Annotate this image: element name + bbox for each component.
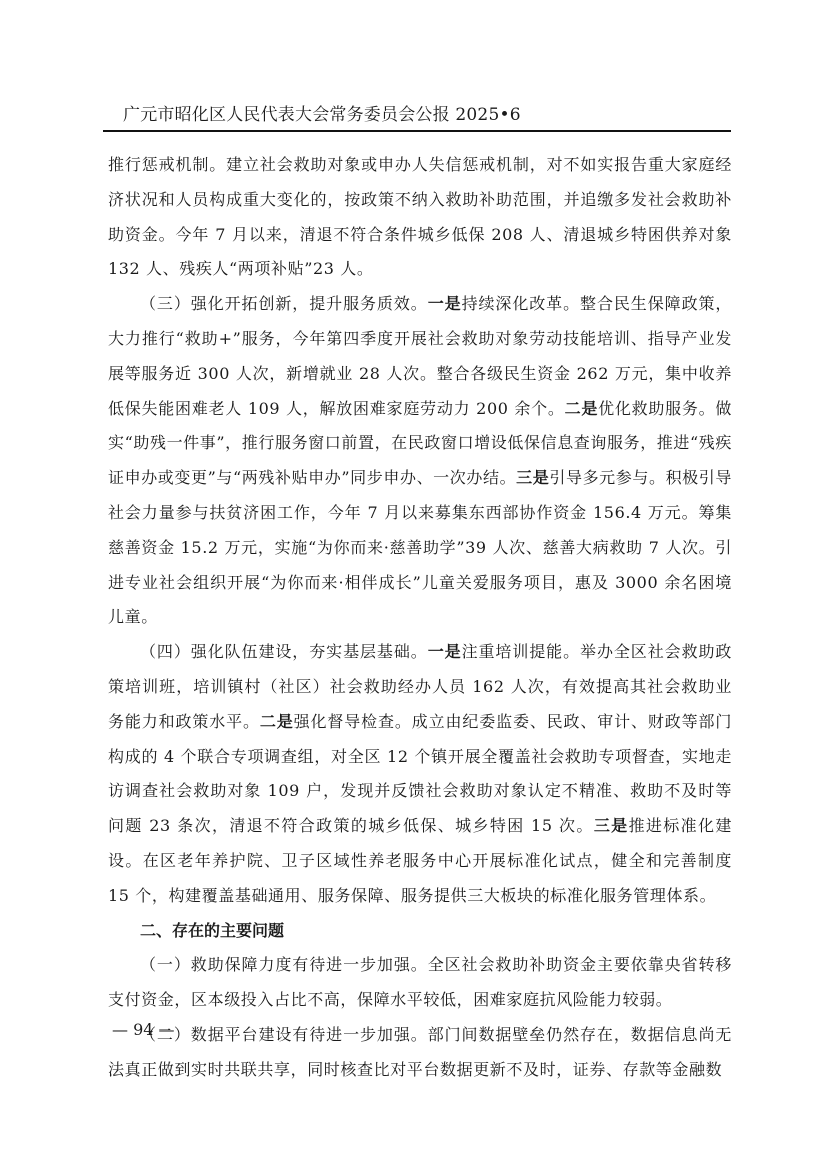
point-lead: 二是 [260,712,294,731]
paragraph-continued: 推行惩戒机制。建立社会救助对象或申办人失信惩戒机制，对不如实报告重大家庭经济状况… [108,148,732,287]
paragraph-team-building: （四）强化队伍建设，夯实基层基础。一是注重培训提能。举办全区社会救助政策培训班，… [108,635,732,913]
subsection-heading: （一）救助保障力度有待进一步加强。 [140,955,428,974]
point-text: 引导多元参与。积极引导社会力量参与扶贫济困工作，今年 7 月以来募集东西部协作资… [108,468,732,626]
paragraph-problem-2: （二）数据平台建设有待进一步加强。部门间数据壁垒仍然存在，数据信息尚无法真正做到… [108,1018,732,1088]
section-heading: 二、存在的主要问题 [108,914,732,949]
publication-title: 广元市昭化区人民代表大会常务委员会公报 2025•6 [103,104,731,126]
point-lead: 三是 [516,468,549,487]
page-content: 推行惩戒机制。建立社会救助对象或申办人失信惩戒机制，对不如实报告重大家庭经济状况… [108,148,732,1088]
point-lead: 一是 [428,294,462,313]
subsection-heading: （四）强化队伍建设，夯实基层基础。 [140,642,428,661]
paragraph-innovation: （三）强化开拓创新，提升服务质效。一是持续深化改革。整合民生保障政策，大力推行“… [108,287,732,635]
header-divider [103,130,731,132]
page-number: — 94 — [112,1020,175,1039]
point-lead: 三是 [594,816,629,835]
subsection-heading: （三）强化开拓创新，提升服务质效。 [140,294,428,313]
subsection-heading: （二）数据平台建设有待进一步加强。 [140,1025,428,1044]
page-header: 广元市昭化区人民代表大会常务委员会公报 2025•6 [103,104,731,132]
point-lead: 二是 [565,399,599,418]
paragraph-problem-1: （一）救助保障力度有待进一步加强。全区社会救助补助资金主要依靠央省转移支付资金，… [108,948,732,1018]
point-lead: 一是 [428,642,462,661]
